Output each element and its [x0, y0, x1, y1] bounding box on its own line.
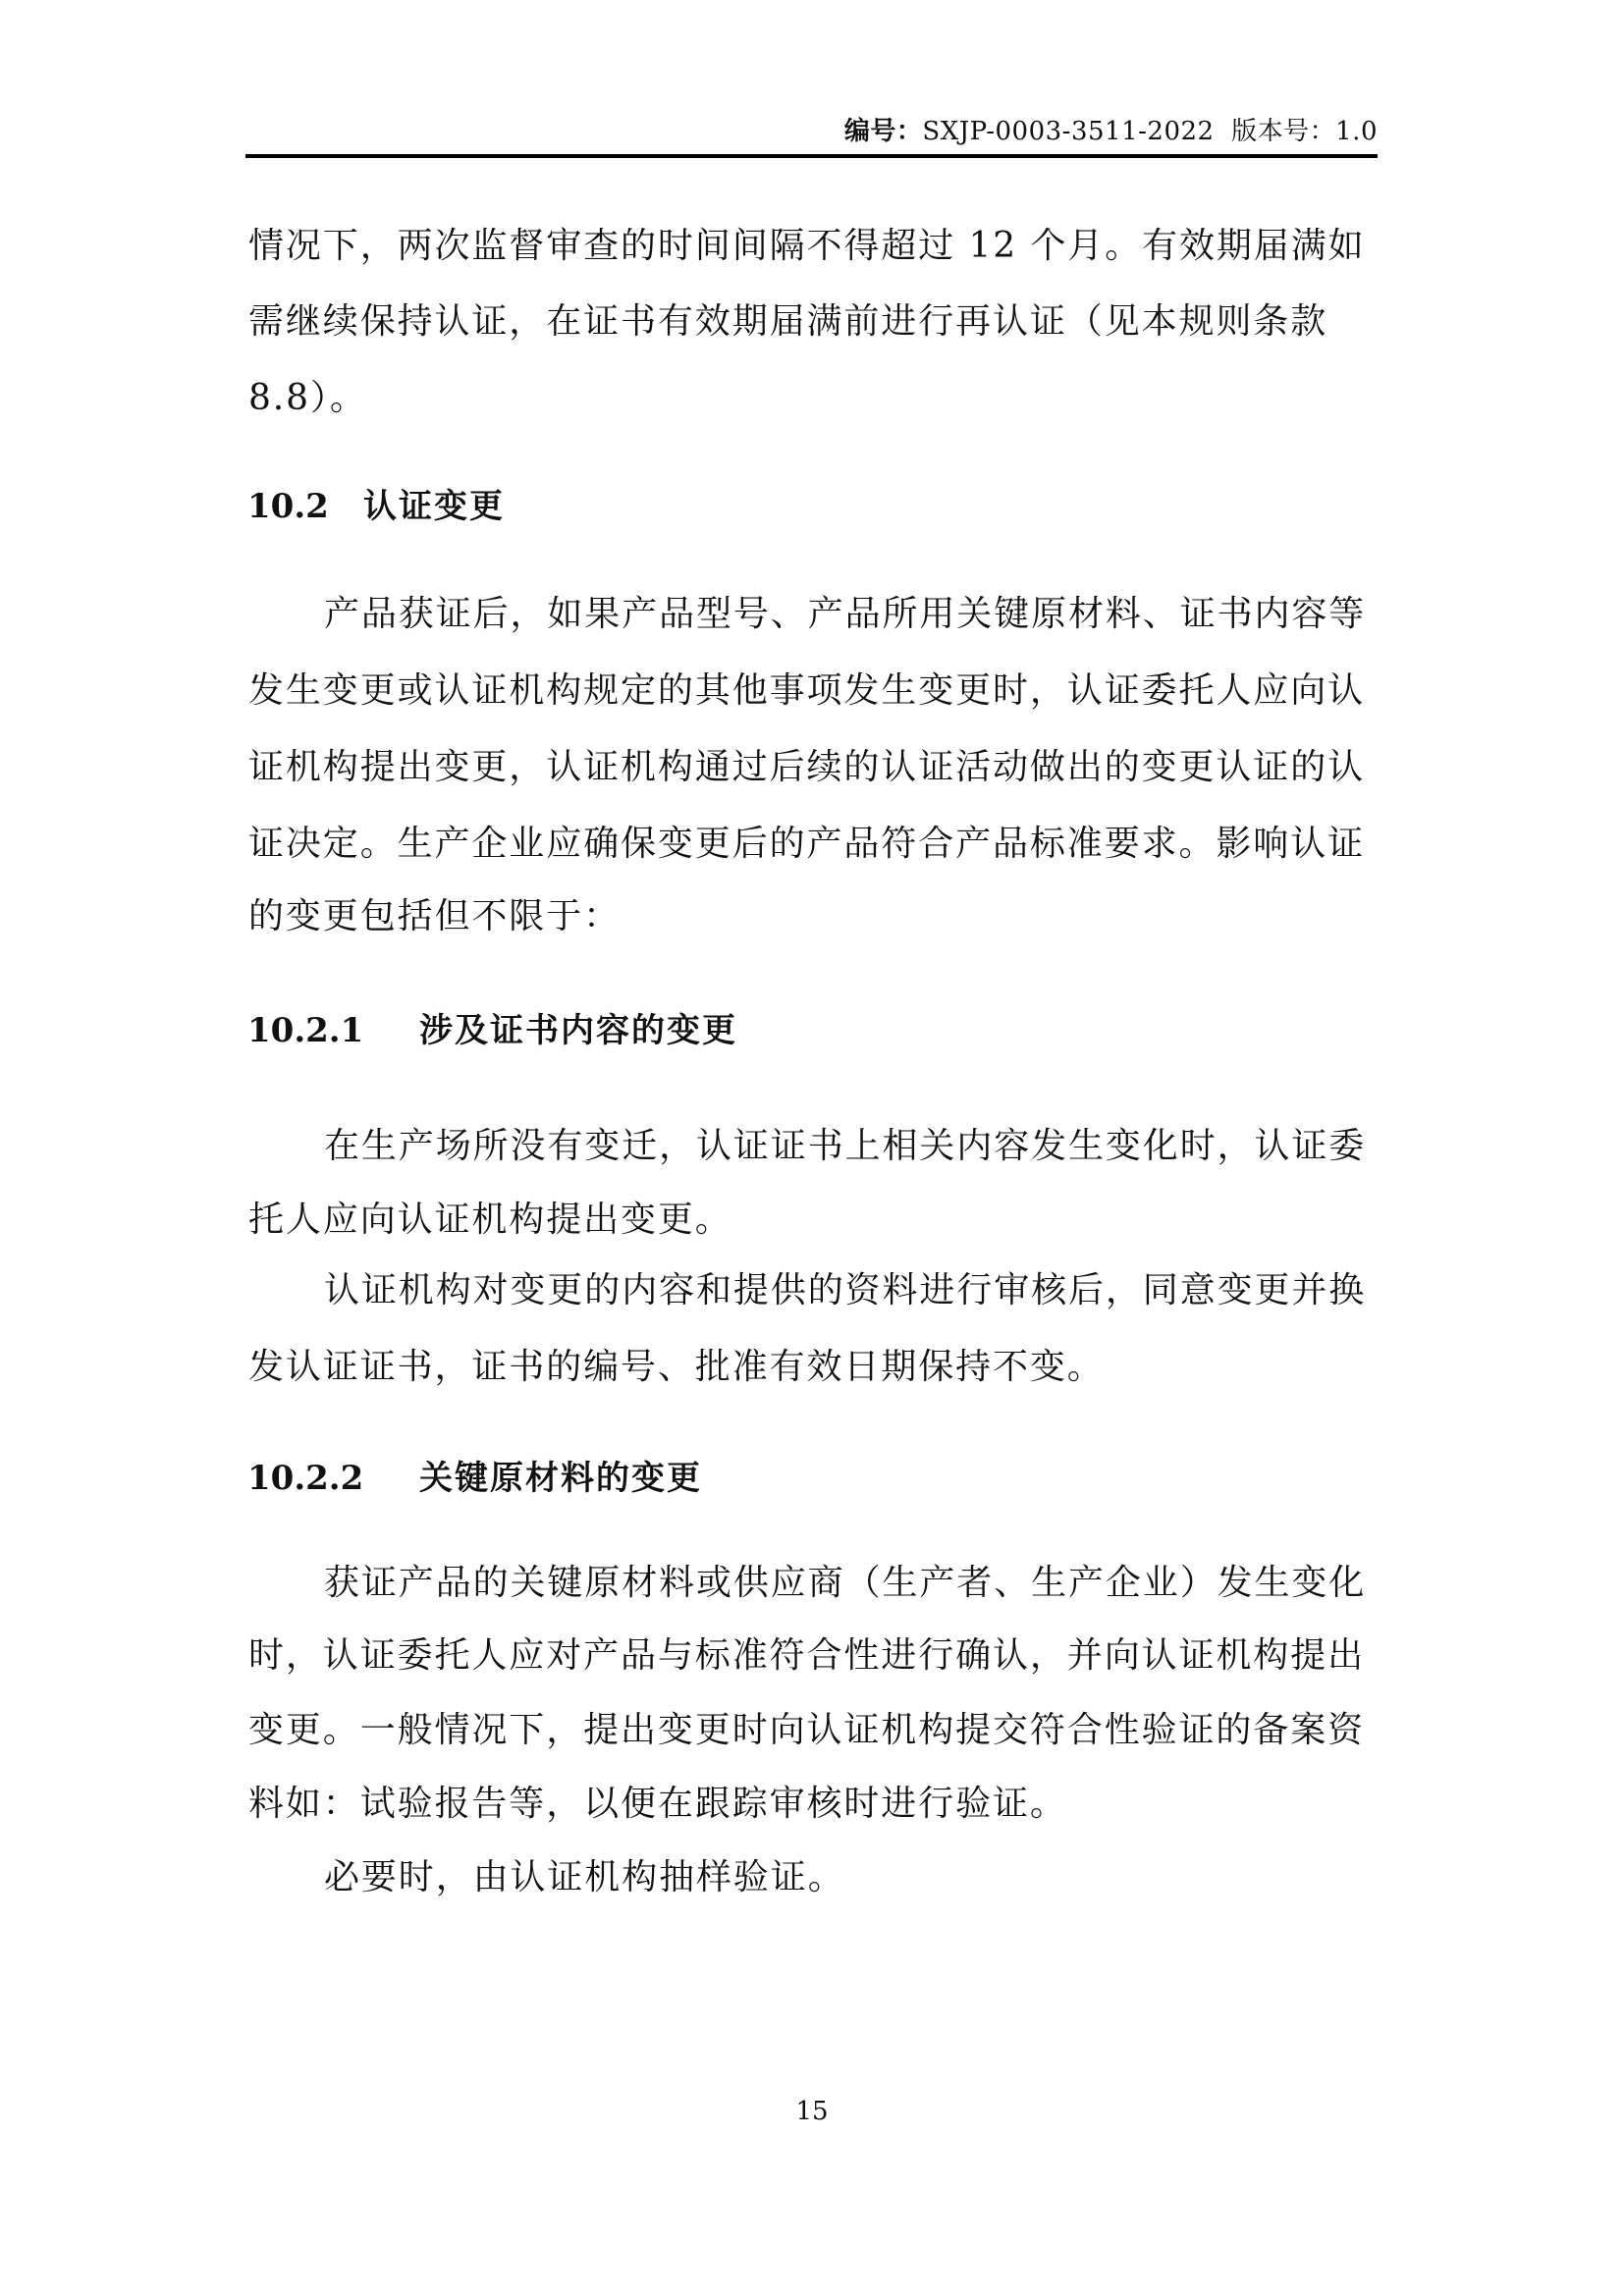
text-line: 在生产场所没有变迁，认证证书上相关内容发生变化时，认证委	[324, 1125, 1455, 1168]
text-line: 必要时，由认证机构抽样验证。	[324, 1856, 1455, 1899]
section-number: 10.2.1	[247, 1009, 363, 1052]
text-line: 发生变更或认证机构规定的其他事项发生变更时，认证委托人应向认	[248, 669, 1380, 713]
header-rule	[245, 154, 1378, 158]
version-label: 版本号：	[1231, 117, 1335, 146]
section-heading-10-2-2: 10.2.2 关键原材料的变更	[247, 1457, 363, 1500]
text-line: 情况下，两次监督审查的时间间隔不得超过 12 个月。有效期届满如	[248, 225, 1380, 268]
doc-number-label: 编号：	[844, 117, 923, 146]
text-line: 证决定。生产企业应确保变更后的产品符合产品标准要求。影响认证	[248, 823, 1380, 866]
text-line: 时，认证委托人应对产品与标准符合性进行确认，并向认证机构提出	[248, 1634, 1380, 1678]
section-title: 认证变更	[363, 485, 505, 528]
text-line: 变更。一般情况下，提出变更时向认证机构提交符合性验证的备案资	[248, 1709, 1380, 1752]
text-line: 证机构提出变更，认证机构通过后续的认证活动做出的变更认证的认	[248, 746, 1380, 789]
page-number: 15	[785, 2097, 839, 2126]
text-line: 发认证证书，证书的编号、批准有效日期保持不变。	[248, 1346, 1380, 1389]
text-line: 产品获证后，如果产品型号、产品所用关键原材料、证书内容等	[324, 593, 1455, 636]
section-title: 关键原材料的变更	[419, 1457, 702, 1500]
section-heading-10-2-1: 10.2.1 涉及证书内容的变更	[247, 1009, 363, 1052]
section-heading-10-2: 10.2 认证变更	[247, 485, 329, 528]
doc-number-value: SXJP-0003-3511-2022	[922, 117, 1214, 146]
text-line: 认证机构对变更的内容和提供的资料进行审核后，同意变更并换	[324, 1269, 1455, 1312]
text-line: 托人应向认证机构提出变更。	[248, 1199, 1380, 1242]
version-value: 1.0	[1335, 117, 1378, 146]
section-number: 10.2	[247, 485, 329, 528]
text-line: 需继续保持认证，在证书有效期届满前进行再认证（见本规则条款	[248, 300, 1380, 344]
text-line: 的变更包括但不限于：	[248, 895, 1380, 938]
text-line: 8.8）。	[248, 377, 1380, 420]
section-number: 10.2.2	[247, 1457, 363, 1500]
text-line: 料如：试验报告等，以便在跟踪审核时进行验证。	[248, 1783, 1380, 1826]
page-header: 编号：SXJP-0003-3511-2022 版本号：1.0	[837, 114, 1378, 149]
section-title: 涉及证书内容的变更	[419, 1009, 737, 1052]
text-line: 获证产品的关键原材料或供应商（生产者、生产企业）发生变化	[324, 1562, 1455, 1605]
